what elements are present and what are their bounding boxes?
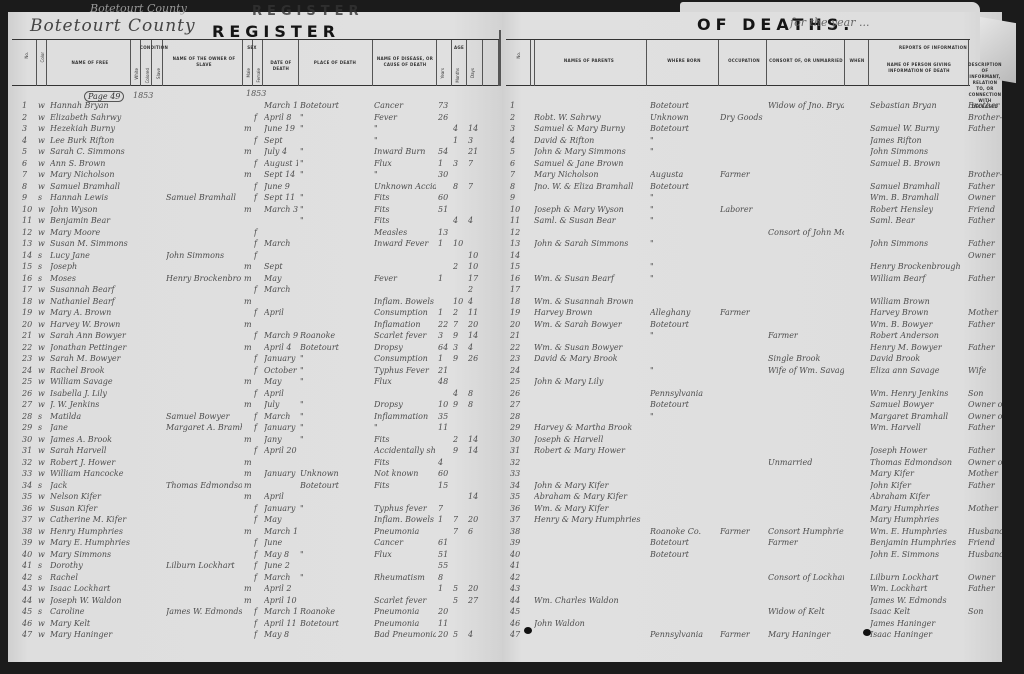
cell-occupation: Farmer: [720, 170, 768, 179]
cell-no: 31: [510, 446, 530, 455]
group-header-condition: CONDITION: [140, 45, 162, 51]
cell-relation: Father: [968, 216, 1002, 225]
cell-relation: Owner of the same: [968, 458, 1002, 467]
cell-informant: Samuel Bramhall: [870, 182, 968, 191]
table-row: 15"Henry Brockenbrough: [0, 262, 1024, 274]
cell-no: 4: [510, 136, 530, 145]
table-row: 3Samuel & Mary BurnyBotetourtSamuel W. B…: [0, 124, 1024, 136]
column-header-months: Months: [455, 68, 460, 83]
column-divider: [718, 40, 719, 86]
year-note-mid: 1853: [246, 89, 266, 98]
table-row: 26PennsylvaniaWm. Henry JenkinsSon: [0, 389, 1024, 401]
table-row: 18Wm. & Susannah BrownWilliam Brown: [0, 297, 1024, 309]
cell-relation: Husband: [968, 527, 1002, 536]
column-header-cause: NAME OF DISEASE, OR CAUSE OF DEATH: [374, 56, 436, 68]
cell-informant: Margaret Bramhall: [870, 412, 968, 421]
cell-occupation: Farmer: [720, 527, 768, 536]
cell-informant: Benjamin Humphries: [870, 538, 968, 547]
cell-no: 8: [510, 182, 530, 191]
cell-consort: Single Brook: [768, 354, 844, 363]
cell-where_born: Botetourt: [650, 538, 718, 547]
cell-relation: Father: [968, 343, 1002, 352]
table-row: 5John & Mary Simmons"John Simmons: [0, 147, 1024, 159]
column-divider: [646, 40, 647, 86]
table-row: 40BotetourtJohn E. SimmonsHusband: [0, 550, 1024, 562]
cell-parents: Saml. & Susan Bear: [534, 216, 644, 225]
cell-no: 17: [510, 285, 530, 294]
ink-blot: [863, 629, 871, 636]
cell-where_born: ": [650, 193, 718, 202]
cell-no: 10: [510, 205, 530, 214]
cell-no: 29: [510, 423, 530, 432]
cell-no: 1: [510, 101, 530, 110]
cell-no: 2: [510, 113, 530, 122]
column-header-occupation: OCCUPATION: [720, 58, 768, 64]
cell-where_born: ": [650, 274, 718, 283]
cell-relation: Friend: [968, 538, 1002, 547]
cell-relation: Owner of the same: [968, 400, 1002, 409]
header-bottom-rule-right: [506, 85, 970, 86]
cell-no: 12: [510, 228, 530, 237]
cell-no: 13: [510, 239, 530, 248]
cell-relation: Owner: [968, 193, 1002, 202]
cell-informant: Joseph Hower: [870, 446, 968, 455]
cell-informant: John Kifer: [870, 481, 968, 490]
table-row: 37Henry & Mary HumphriesMary Humphries: [0, 515, 1024, 527]
cell-no: 9: [510, 193, 530, 202]
table-row: 38Roanoke Co.FarmerConsort HumphriesWm. …: [0, 527, 1024, 539]
cell-informant: John E. Simmons: [870, 550, 968, 559]
cell-no: 16: [510, 274, 530, 283]
cell-no: 19: [510, 308, 530, 317]
column-divider: [130, 40, 131, 86]
column-header-no: No.: [516, 52, 521, 59]
cell-where_born: Botetourt: [650, 320, 718, 329]
cell-no: 15: [510, 262, 530, 271]
cell-where_born: ": [650, 136, 718, 145]
cell-informant: Saml. Bear: [870, 216, 968, 225]
cell-relation: Father: [968, 423, 1002, 432]
cell-parents: Wm. & Susan Bearf: [534, 274, 644, 283]
cell-consort: Unmarried: [768, 458, 844, 467]
column-header-color_mark: Color: [40, 52, 45, 62]
cell-relation: Brother-in-law: [968, 170, 1002, 179]
table-row: 46John WaldonJames Haninger: [0, 619, 1024, 631]
cell-relation: Mother: [968, 504, 1002, 513]
faint-top-note: Botetourt County: [90, 2, 187, 15]
table-row: 36Wm. & Mary KiferMary HumphriesMother: [0, 504, 1024, 516]
table-row: 9"Wm. B. BramhallOwner: [0, 193, 1024, 205]
cell-occupation: Farmer: [720, 630, 768, 639]
cell-consort: Wife of Wm. Savage: [768, 366, 844, 375]
cell-no: 23: [510, 354, 530, 363]
cell-informant: John Simmons: [870, 147, 968, 156]
cell-where_born: Botetourt: [650, 182, 718, 191]
cell-relation: Mother: [968, 308, 1002, 317]
cell-parents: Wm. & Susannah Brown: [534, 297, 644, 306]
column-header-consort: CONSORT OF, OR UNMARRIED: [768, 58, 844, 64]
cell-where_born: Botetourt: [650, 550, 718, 559]
column-divider: [844, 40, 845, 86]
group-header-age: AGE: [436, 45, 482, 51]
cell-no: 39: [510, 538, 530, 547]
cell-parents: Wm. & Sarah Bowyer: [534, 320, 644, 329]
cell-no: 18: [510, 297, 530, 306]
county-name: Botetourt County: [30, 16, 196, 36]
header-bottom-rule-left: [12, 85, 500, 86]
cell-parents: Robert & Mary Hower: [534, 446, 644, 455]
table-row: 16Wm. & Susan Bearf"William BearfFather: [0, 274, 1024, 286]
table-row: 43Wm. LockhartFather: [0, 584, 1024, 596]
table-row: 11Saml. & Susan Bear"Saml. BearFather: [0, 216, 1024, 228]
cell-no: 5: [510, 147, 530, 156]
cell-informant: Thomas Edmondson: [870, 458, 968, 467]
table-row: 22Wm. & Susan BowyerHenry M. BowyerFathe…: [0, 343, 1024, 355]
cell-where_born: Pennsylvania: [650, 389, 718, 398]
ink-blot: [524, 627, 532, 634]
column-divider: [298, 40, 299, 86]
cell-where_born: ": [650, 262, 718, 271]
column-header-male: Male: [246, 68, 251, 77]
cell-relation: Brother-in-law: [968, 113, 1002, 122]
table-row: 30Joseph & Harvell: [0, 435, 1024, 447]
cell-consort: Farmer: [768, 538, 844, 547]
table-row: 1BotetourtWidow of Jno. BryanSebastian B…: [0, 101, 1024, 113]
table-row: 41: [0, 561, 1024, 573]
cell-parents: Robt. W. Sahrwy: [534, 113, 644, 122]
cell-where_born: ": [650, 147, 718, 156]
table-row: 35Abraham & Mary KiferAbraham Kifer: [0, 492, 1024, 504]
cell-where_born: ": [650, 331, 718, 340]
table-row: 2Robt. W. SahrwyUnknownDry GoodsBrother-…: [0, 113, 1024, 125]
cell-no: 33: [510, 469, 530, 478]
cell-informant: Mary Kifer: [870, 469, 968, 478]
cell-parents: Henry & Mary Humphries: [534, 515, 644, 524]
header-top-rule-left: [12, 39, 500, 40]
cell-no: 26: [510, 389, 530, 398]
cell-consort: Widow of Kelt: [768, 607, 844, 616]
table-row: 20Wm. & Sarah BowyerBotetourtWm. B. Bowy…: [0, 320, 1024, 332]
cell-relation: Owner of the same: [968, 412, 1002, 421]
cell-parents: David & Rifton: [534, 136, 644, 145]
table-row: 29Harvey & Martha BrookWm. HarvellFather: [0, 423, 1024, 435]
table-row: 23David & Mary BrookSingle BrookDavid Br…: [0, 354, 1024, 366]
table-row: 45Widow of KeltIsaac KeltSon: [0, 607, 1024, 619]
column-divider: [482, 40, 483, 86]
column-header-place: PLACE OF DEATH: [300, 60, 370, 66]
table-row: 4David & Rifton"James Rifton: [0, 136, 1024, 148]
cell-relation: Owner: [968, 573, 1002, 582]
cell-informant: Robert Hensley: [870, 205, 968, 214]
cell-parents: Samuel & Jane Brown: [534, 159, 644, 168]
cell-relation: Father: [968, 481, 1002, 490]
cell-where_born: Botetourt: [650, 124, 718, 133]
cell-informant: David Brook: [870, 354, 968, 363]
column-header-owner: NAME OF THE OWNER OF SLAVE: [166, 56, 242, 68]
cell-no: 6: [510, 159, 530, 168]
table-row: 25John & Mary Lily: [0, 377, 1024, 389]
table-row: 12Consort of John Moore: [0, 228, 1024, 240]
table-row: 31Robert & Mary HowerJoseph HowerFather: [0, 446, 1024, 458]
cell-parents: Harvey Brown: [534, 308, 644, 317]
cell-where_born: Alleghany: [650, 308, 718, 317]
cell-no: 40: [510, 550, 530, 559]
table-row: 32UnmarriedThomas EdmondsonOwner of the …: [0, 458, 1024, 470]
header-top-rule-right: [506, 39, 970, 40]
cell-parents: Mary Nicholson: [534, 170, 644, 179]
cell-occupation: Farmer: [720, 308, 768, 317]
cell-occupation: Laborer: [720, 205, 768, 214]
cell-parents: Joseph & Harvell: [534, 435, 644, 444]
cell-informant: Wm. Henry Jenkins: [870, 389, 968, 398]
cell-informant: Wm. Harvell: [870, 423, 968, 432]
cell-informant: Mary Humphries: [870, 504, 968, 513]
cell-relation: Father: [968, 274, 1002, 283]
table-row: 17: [0, 285, 1024, 297]
cell-informant: William Brown: [870, 297, 968, 306]
cell-no: 38: [510, 527, 530, 536]
cell-where_born: ": [650, 239, 718, 248]
column-header-female: Female: [256, 68, 261, 82]
cell-no: 7: [510, 170, 530, 179]
cell-where_born: ": [650, 205, 718, 214]
cell-where_born: ": [650, 412, 718, 421]
cell-relation: Wife: [968, 366, 1002, 375]
cell-informant: James Rifton: [870, 136, 968, 145]
cell-informant: Henry M. Bowyer: [870, 343, 968, 352]
cell-where_born: Roanoke Co.: [650, 527, 718, 536]
column-divider: [262, 40, 263, 86]
cell-where_born: Botetourt: [650, 400, 718, 409]
cell-informant: Wm. E. Humphries: [870, 527, 968, 536]
cell-where_born: ": [650, 366, 718, 375]
year-note-left: 1853: [133, 91, 153, 100]
cell-no: 27: [510, 400, 530, 409]
cell-informant: John Simmons: [870, 239, 968, 248]
column-header-slave: Slave: [156, 68, 161, 79]
cell-no: 41: [510, 561, 530, 570]
column-divider: [36, 40, 37, 86]
year-annotation: for the year ...: [790, 16, 870, 29]
cell-where_born: ": [650, 216, 718, 225]
column-header-name: NAME OF FREE: [50, 60, 130, 66]
cell-relation: Owner: [968, 251, 1002, 260]
column-header-days: Days: [470, 68, 475, 78]
group-header-reports: REPORTS OF INFORMATION: [868, 45, 998, 51]
group-header-sex: SEX: [242, 45, 262, 51]
table-row: 19Harvey BrownAlleghanyFarmerHarvey Brow…: [0, 308, 1024, 320]
cell-no: 42: [510, 573, 530, 582]
cell-parents: John & Mary Lily: [534, 377, 644, 386]
cell-informant: Mary Humphries: [870, 515, 968, 524]
table-row: 13John & Sarah Simmons"John SimmonsFathe…: [0, 239, 1024, 251]
cell-no: 22: [510, 343, 530, 352]
table-row: 21"FarmerRobert Anderson: [0, 331, 1024, 343]
cell-informant: Lilburn Lockhart: [870, 573, 968, 582]
cell-no: 34: [510, 481, 530, 490]
table-row: 34John & Mary KiferJohn KiferFather: [0, 481, 1024, 493]
cell-no: 43: [510, 584, 530, 593]
cell-relation: Father: [968, 124, 1002, 133]
cell-where_born: Unknown: [650, 113, 718, 122]
cell-no: 44: [510, 596, 530, 605]
table-row: 10Joseph & Mary Wyson"LaborerRobert Hens…: [0, 205, 1024, 217]
cell-no: 28: [510, 412, 530, 421]
column-header-white: White: [134, 68, 139, 80]
cell-parents: David & Mary Brook: [534, 354, 644, 363]
cell-informant: Henry Brockenbrough: [870, 262, 968, 271]
cell-where_born: Pennsylvania: [650, 630, 718, 639]
cell-no: 37: [510, 515, 530, 524]
cell-relation: Friend: [968, 205, 1002, 214]
cell-parents: John Waldon: [534, 619, 644, 628]
cell-parents: Joseph & Mary Wyson: [534, 205, 644, 214]
cell-relation: Husband: [968, 550, 1002, 559]
cell-no: 14: [510, 251, 530, 260]
cell-informant: Wm. B. Bowyer: [870, 320, 968, 329]
cell-occupation: Dry Goods: [720, 113, 768, 122]
column-header-where_born: WHERE BORN: [650, 58, 718, 64]
column-header-parents: NAMES OF PARENTS: [534, 58, 644, 64]
cell-consort: Consort Humphries: [768, 527, 844, 536]
cell-no: 35: [510, 492, 530, 501]
table-row: 44Wm. Charles WaldonJames W. Edmonds: [0, 596, 1024, 608]
cell-informant: Wm. B. Bramhall: [870, 193, 968, 202]
column-divider: [499, 30, 501, 86]
table-row: 39BotetourtFarmerBenjamin HumphriesFrien…: [0, 538, 1024, 550]
column-header-date: DATE OF DEATH: [264, 60, 298, 72]
cell-informant: Harvey Brown: [870, 308, 968, 317]
column-header-no: No.: [24, 52, 29, 59]
cell-consort: Mary Haninger: [768, 630, 844, 639]
cell-informant: Isaac Haninger: [870, 630, 968, 639]
cell-relation: Father: [968, 182, 1002, 191]
ghost-title: REGISTER: [252, 4, 364, 19]
table-row: 24"Wife of Wm. SavageEliza ann SavageWif…: [0, 366, 1024, 378]
table-row: 8Jno. W. & Eliza BramhallBotetourtSamuel…: [0, 182, 1024, 194]
cell-parents: Wm. & Susan Bowyer: [534, 343, 644, 352]
cell-consort: Consort of John Moore: [768, 228, 844, 237]
table-row: 6Samuel & Jane BrownSamuel B. Brown: [0, 159, 1024, 171]
cell-relation: Mother: [968, 469, 1002, 478]
cell-informant: Sebastian Bryan: [870, 101, 968, 110]
cell-no: 24: [510, 366, 530, 375]
cell-no: 21: [510, 331, 530, 340]
cell-relation: Son: [968, 607, 1002, 616]
cell-consort: Farmer: [768, 331, 844, 340]
table-row: 42Consort of LockhartLilburn LockhartOwn…: [0, 573, 1024, 585]
cell-informant: Robert Anderson: [870, 331, 968, 340]
cell-parents: John & Sarah Simmons: [534, 239, 644, 248]
cell-consort: Widow of Jno. Bryan: [768, 101, 844, 110]
cell-informant: Eliza ann Savage: [870, 366, 968, 375]
cell-informant: James W. Edmonds: [870, 596, 968, 605]
column-header-years: Years: [440, 68, 445, 79]
table-row: 28"Margaret BramhallOwner of the same: [0, 412, 1024, 424]
cell-no: 20: [510, 320, 530, 329]
cell-parents: John & Mary Simmons: [534, 147, 644, 156]
table-row: 33Mary KiferMother: [0, 469, 1024, 481]
cell-where_born: Botetourt: [650, 101, 718, 110]
column-header-when: When: [846, 58, 868, 64]
cell-parents: Wm. Charles Waldon: [534, 596, 644, 605]
cell-no: 45: [510, 607, 530, 616]
table-row: 27BotetourtSamuel BowyerOwner of the sam…: [0, 400, 1024, 412]
cell-relation: Brother: [968, 101, 1002, 110]
cell-parents: Wm. & Mary Kifer: [534, 504, 644, 513]
column-divider: [530, 40, 531, 86]
cell-parents: Abraham & Mary Kifer: [534, 492, 644, 501]
cell-parents: John & Mary Kifer: [534, 481, 644, 490]
cell-parents: Samuel & Mary Burny: [534, 124, 644, 133]
cell-relation: Father: [968, 320, 1002, 329]
cell-consort: Consort of Lockhart: [768, 573, 844, 582]
column-divider: [372, 40, 373, 86]
cell-informant: William Bearf: [870, 274, 968, 283]
cell-no: 32: [510, 458, 530, 467]
cell-relation: Father: [968, 584, 1002, 593]
table-row: 7Mary NicholsonAugustaFarmerBrother-in-l…: [0, 170, 1024, 182]
cell-parents: Jno. W. & Eliza Bramhall: [534, 182, 644, 191]
cell-informant: Isaac Kelt: [870, 607, 968, 616]
cell-no: 11: [510, 216, 530, 225]
cell-no: 3: [510, 124, 530, 133]
cell-relation: Father: [968, 446, 1002, 455]
cell-no: 30: [510, 435, 530, 444]
cell-no: 25: [510, 377, 530, 386]
cell-no: 36: [510, 504, 530, 513]
column-header-informant: Name of Person giving Information of Dea…: [870, 62, 968, 74]
cell-informant: James Haninger: [870, 619, 968, 628]
cell-relation: Son: [968, 389, 1002, 398]
column-divider: [46, 40, 47, 86]
column-header-col: Colored: [145, 68, 150, 83]
cell-where_born: Augusta: [650, 170, 718, 179]
cell-relation: Father: [968, 239, 1002, 248]
cell-informant: Samuel B. Brown: [870, 159, 968, 168]
cell-informant: Samuel W. Burny: [870, 124, 968, 133]
cell-informant: Abraham Kifer: [870, 492, 968, 501]
cell-parents: Harvey & Martha Brook: [534, 423, 644, 432]
table-row: 14Owner: [0, 251, 1024, 263]
cell-informant: Samuel Bowyer: [870, 400, 968, 409]
cell-informant: Wm. Lockhart: [870, 584, 968, 593]
